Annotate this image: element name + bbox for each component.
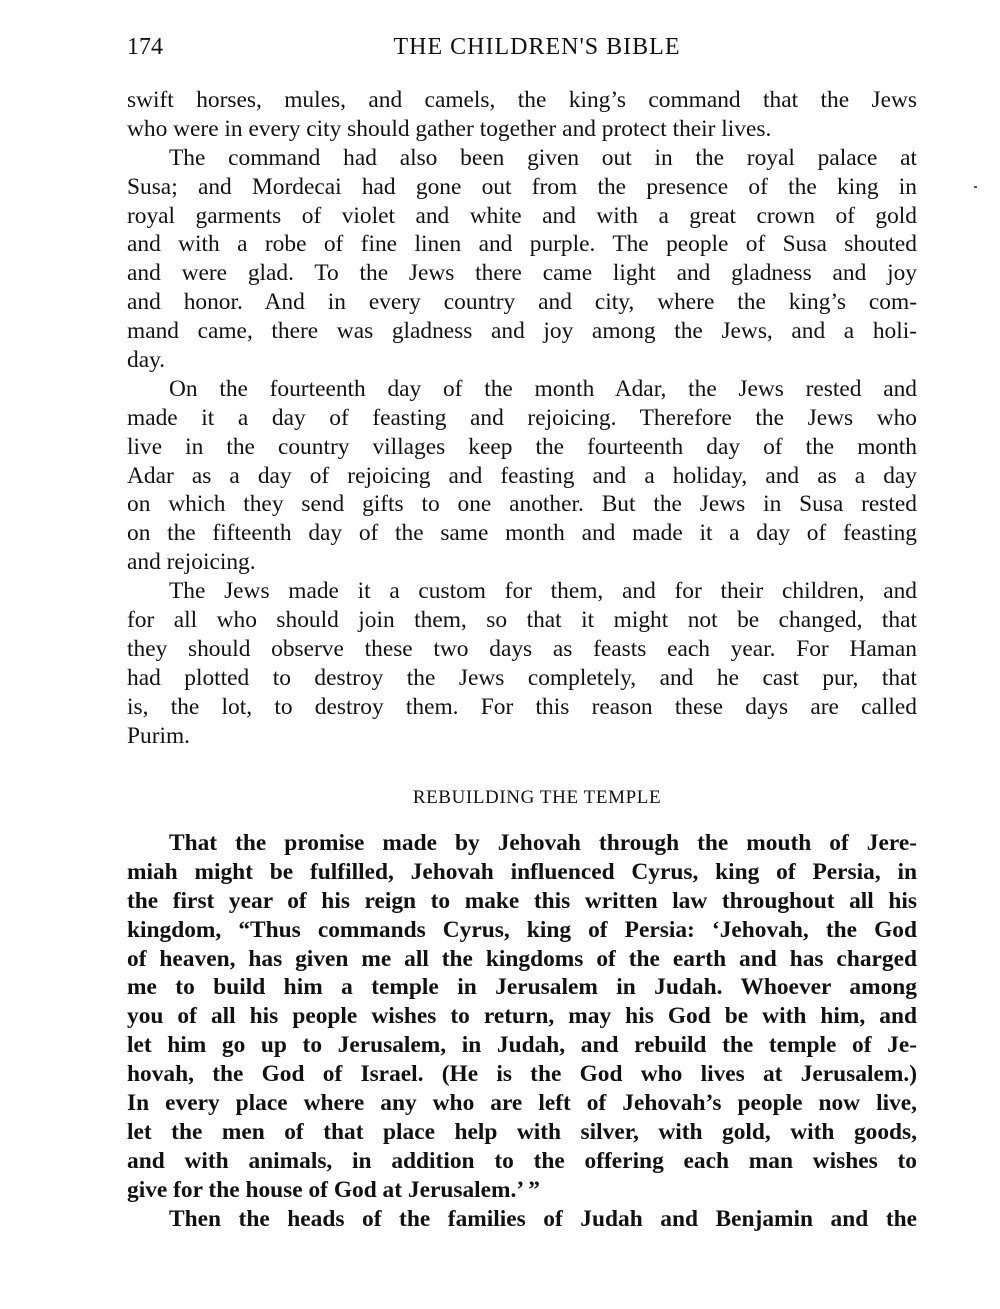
section-rebuilding-temple-text: That the promise made by Jehovah through… [127,829,917,1233]
text-line: Purim. [127,722,917,751]
text-line: and were glad. To the Jews there came li… [127,259,917,288]
book-page: 174 THE CHILDREN'S BIBLE swift horses, m… [0,0,1000,1309]
paragraph: That the promise made by Jehovah through… [127,829,917,1205]
paragraph: swift horses, mules, and camels, the kin… [127,86,917,144]
text-line: made it a day of feasting and rejoicing.… [127,404,917,433]
text-line: On the fourteenth day of the month Adar,… [127,375,917,404]
text-line: live in the country villages keep the fo… [127,433,917,462]
book-title: THE CHILDREN'S BIBLE [127,30,917,64]
text-line: and rejoicing. [127,548,917,577]
text-line: for all who should join them, so that it… [127,606,917,635]
running-head: 174 THE CHILDREN'S BIBLE [127,30,917,64]
paragraph: The Jews made it a custom for them, and … [127,577,917,750]
text-line: had plotted to destroy the Jews complete… [127,664,917,693]
text-line: and honor. And in every country and city… [127,288,917,317]
scan-speck [974,186,977,188]
text-line: who were in every city should gather tog… [127,115,917,144]
text-line: mand came, there was gladness and joy am… [127,317,917,346]
text-line: Susa; and Mordecai had gone out from the… [127,173,917,202]
text-line: Adar as a day of rejoicing and feasting … [127,462,917,491]
text-line: kingdom, “Thus commands Cyrus, king of P… [127,916,917,945]
text-line: That the promise made by Jehovah through… [127,829,917,858]
paragraph: The command had also been given out in t… [127,144,917,375]
text-line: hovah, the God of Israel. (He is the God… [127,1060,917,1089]
text-line: let the men of that place help with silv… [127,1118,917,1147]
text-line: The Jews made it a custom for them, and … [127,577,917,606]
paragraph: Then the heads of the families of Judah … [127,1205,917,1234]
text-line: miah might be fulfilled, Jehovah influen… [127,858,917,887]
section-heading: REBUILDING THE TEMPLE [127,786,917,810]
text-line: day. [127,346,917,375]
text-line: swift horses, mules, and camels, the kin… [127,86,917,115]
text-line: and with a robe of fine linen and purple… [127,230,917,259]
text-line: give for the house of God at Jerusalem.’… [127,1176,917,1205]
text-line: on which they send gifts to one another.… [127,490,917,519]
text-line: royal garments of violet and white and w… [127,202,917,231]
text-line: on the fifteenth day of the same month a… [127,519,917,548]
text-line: The command had also been given out in t… [127,144,917,173]
section-esther-text: swift horses, mules, and camels, the kin… [127,86,917,750]
text-line: Then the heads of the families of Judah … [127,1205,917,1234]
text-line: of heaven, has given me all the kingdoms… [127,945,917,974]
text-line: you of all his people wishes to return, … [127,1002,917,1031]
text-line: me to build him a temple in Jerusalem in… [127,973,917,1002]
text-line: and with animals, in addition to the off… [127,1147,917,1176]
paragraph: On the fourteenth day of the month Adar,… [127,375,917,577]
text-line: they should observe these two days as fe… [127,635,917,664]
text-line: the first year of his reign to make this… [127,887,917,916]
text-line: In every place where any who are left of… [127,1089,917,1118]
text-line: is, the lot, to destroy them. For this r… [127,693,917,722]
text-line: let him go up to Jerusalem, in Judah, an… [127,1031,917,1060]
